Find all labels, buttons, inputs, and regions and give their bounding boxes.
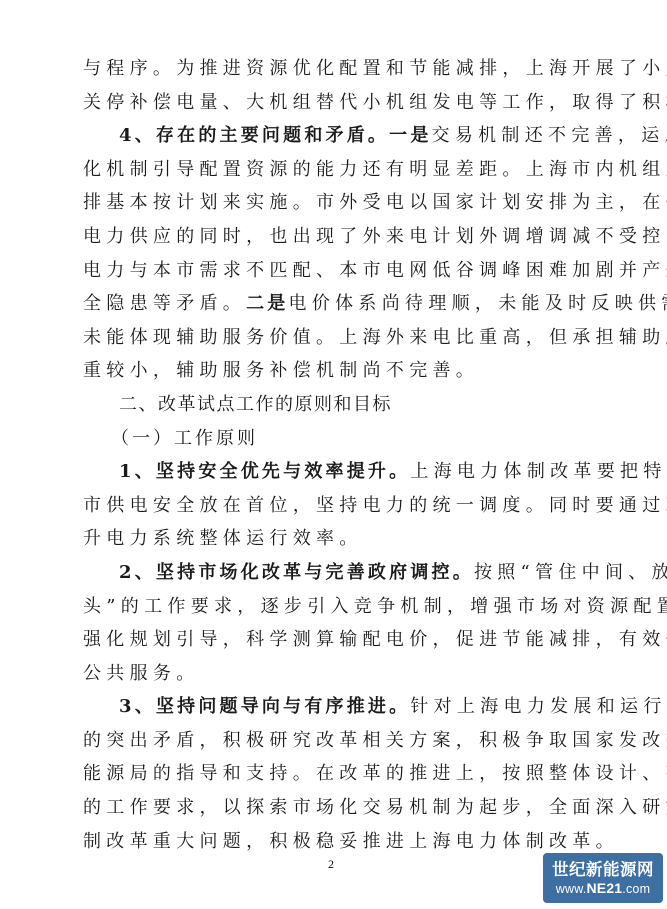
url-suffix: .com <box>622 882 650 896</box>
principle-title: 3、坚持问题导向与有序推进。 <box>119 696 410 717</box>
text-line: 制改革重大问题，积极稳妥推进上海电力体制改革。 <box>83 825 585 859</box>
problem-two-label: 二是 <box>246 293 288 314</box>
text-line: 能源局的指导和支持。在改革的推进上，按照整体设计、有序推进 <box>83 757 585 791</box>
text-line: 重较小，辅助服务补偿机制尚不完善。 <box>83 354 585 388</box>
problems-title: 4、存在的主要问题和矛盾。 <box>119 125 389 146</box>
problem-one-label: 一是 <box>389 125 431 146</box>
principle-text: 上海电力体制改革要把特大型城 <box>410 461 667 482</box>
url-prefix: www. <box>556 882 587 896</box>
subsection-heading: （一）工作原则 <box>83 422 585 456</box>
text-line: 排基本按计划来实施。市外受电以国家计划安排为主，在保障上海 <box>83 186 585 220</box>
text-line: 4、存在的主要问题和矛盾。一是交易机制还不完善，运用市场 <box>83 119 585 153</box>
document-body: 与程序。为推进资源优化配置和节能减排，上海开展了小火电机组 关停补偿电量、大机组… <box>83 52 585 858</box>
text-line: 的工作要求，以探索市场化交易机制为起步，全面深入研究电力体 <box>83 791 585 825</box>
text-line: 与程序。为推进资源优化配置和节能减排，上海开展了小火电机组 <box>83 52 585 86</box>
text-line: 的突出矛盾，积极研究改革相关方案，积极争取国家发改委、国家 <box>83 724 585 758</box>
url-brand: NE21 <box>586 880 622 896</box>
paragraph-problems: 4、存在的主要问题和矛盾。一是交易机制还不完善，运用市场 化机制引导配置资源的能… <box>83 119 585 388</box>
text-line: 化机制引导配置资源的能力还有明显差距。上海市内机组发电的安 <box>83 153 585 187</box>
watermark-title: 世纪新能源网 <box>552 860 654 880</box>
principle-1: 1、坚持安全优先与效率提升。上海电力体制改革要把特大型城 市供电安全放在首位，坚… <box>83 455 585 556</box>
text-line: 头”的工作要求，逐步引入竞争机制，增强市场对资源配置的作用。 <box>83 590 585 624</box>
text-line: 公共服务。 <box>83 657 585 691</box>
text-line: 全隐患等矛盾。二是电价体系尚待理顺，未能及时反映供需变化， <box>83 287 585 321</box>
principle-title: 1、坚持安全优先与效率提升。 <box>119 461 410 482</box>
problem-two-text: 电价体系尚待理顺，未能及时反映供需变化， <box>289 293 667 314</box>
text-line: 1、坚持安全优先与效率提升。上海电力体制改革要把特大型城 <box>83 455 585 489</box>
watermark-url: www.NE21.com <box>556 880 650 897</box>
text-line: 升电力系统整体运行效率。 <box>83 522 585 556</box>
principle-3: 3、坚持问题导向与有序推进。针对上海电力发展和运行中面临 的突出矛盾，积极研究改… <box>83 690 585 858</box>
principle-title: 2、坚持市场化改革与完善政府调控。 <box>119 562 474 583</box>
principle-text: 按照“管住中间、放开两 <box>474 562 667 583</box>
site-watermark-logo: 世纪新能源网 www.NE21.com <box>543 853 663 903</box>
text-line: 关停补偿电量、大机组替代小机组发电等工作，取得了积极的成效。 <box>83 86 585 120</box>
text-line: 市供电安全放在首位，坚持电力的统一调度。同时要通过改革，提 <box>83 489 585 523</box>
problem-one-end: 全隐患等矛盾。 <box>83 293 246 314</box>
text-line: 电力与本市需求不匹配、本市电网低谷调峰困难加剧并产生新的安 <box>83 254 585 288</box>
page-number: 2 <box>328 857 334 872</box>
text-line: 强化规划引导，科学测算输配电价，促进节能减排，有效保障电力 <box>83 623 585 657</box>
text-line: 电力供应的同时，也出现了外来电计划外调增调减不受控，且送沪 <box>83 220 585 254</box>
section-heading: 二、改革试点工作的原则和目标 <box>83 388 585 422</box>
text-line: 未能体现辅助服务价值。上海外来电比重高，但承担辅助服务的比 <box>83 321 585 355</box>
paragraph-intro: 与程序。为推进资源优化配置和节能减排，上海开展了小火电机组 关停补偿电量、大机组… <box>83 52 585 119</box>
text-line: 3、坚持问题导向与有序推进。针对上海电力发展和运行中面临 <box>83 690 585 724</box>
principle-2: 2、坚持市场化改革与完善政府调控。按照“管住中间、放开两 头”的工作要求，逐步引… <box>83 556 585 690</box>
principle-text: 针对上海电力发展和运行中面临 <box>410 696 667 717</box>
text-line: 2、坚持市场化改革与完善政府调控。按照“管住中间、放开两 <box>83 556 585 590</box>
problem-one-text: 交易机制还不完善，运用市场 <box>432 125 667 146</box>
